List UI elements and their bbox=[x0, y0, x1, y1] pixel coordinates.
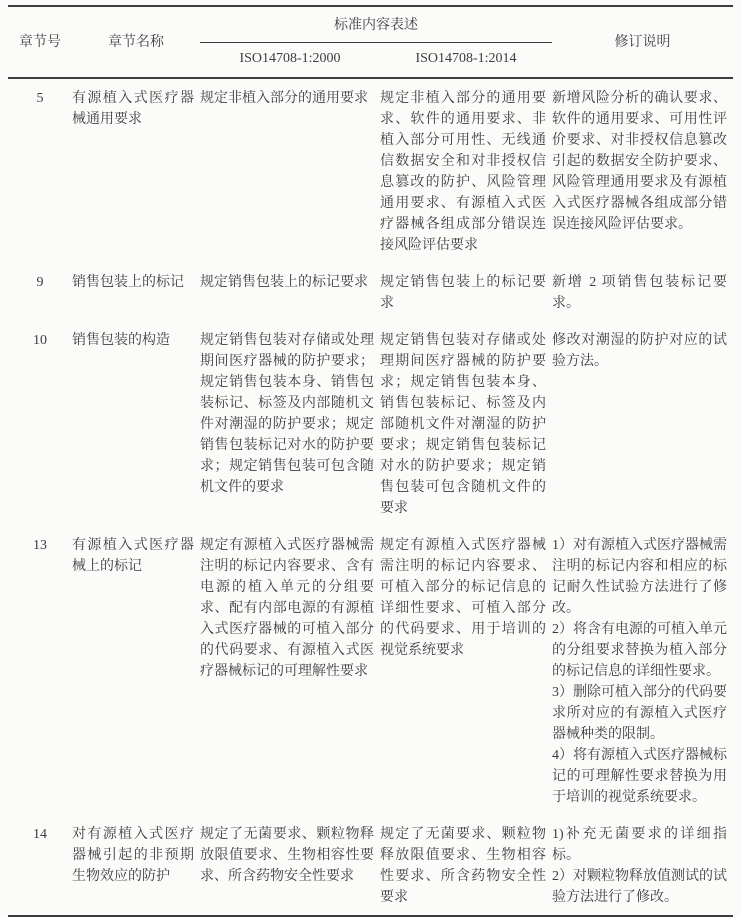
table-row: 9 销售包装上的标记 规定销售包装上的标记要求 规定销售包装上的标记要求 新增 … bbox=[8, 263, 733, 321]
cell-revision: 1)补充无菌要求的详细指标。 2）对颗粒物释放值测试的试验方法进行了修改。 bbox=[552, 815, 733, 916]
iso-standards-comparison-table: 章节号 章节名称 标准内容表述 修订说明 ISO14708-1:2000 ISO… bbox=[8, 5, 733, 917]
header-chapter-no: 章节号 bbox=[8, 6, 72, 78]
cell-iso2000: 规定非植入部分的通用要求 bbox=[200, 78, 380, 263]
cell-revision: 新增风险分析的确认要求、软件的通用要求、可用性评价要求、对非授权信息篡改引起的数… bbox=[552, 78, 733, 263]
cell-iso2014: 规定了无菌要求、颗粒物释放限值要求、生物相容性要求、所含药物安全性要求 bbox=[380, 815, 552, 916]
cell-chapter-no: 10 bbox=[8, 321, 72, 526]
table-body: 5 有源植入式医疗器械通用要求 规定非植入部分的通用要求 规定非植入部分的通用要… bbox=[8, 78, 733, 916]
table-header: 章节号 章节名称 标准内容表述 修订说明 ISO14708-1:2000 ISO… bbox=[8, 6, 733, 78]
cell-chapter-no: 9 bbox=[8, 263, 72, 321]
cell-iso2014: 规定销售包装上的标记要求 bbox=[380, 263, 552, 321]
cell-revision: 新增 2 项销售包装标记要求。 bbox=[552, 263, 733, 321]
cell-chapter-no: 13 bbox=[8, 526, 72, 815]
cell-iso2000: 规定销售包装对存储或处理期间医疗器械的防护要求；规定销售包装本身、销售包装标记、… bbox=[200, 321, 380, 526]
header-chapter-name: 章节名称 bbox=[72, 6, 200, 78]
cell-chapter-no: 14 bbox=[8, 815, 72, 916]
cell-revision: 修改对潮湿的防护对应的试验方法。 bbox=[552, 321, 733, 526]
scanned-paper-table-page: 章节号 章节名称 标准内容表述 修订说明 ISO14708-1:2000 ISO… bbox=[0, 0, 741, 840]
header-content-group: 标准内容表述 bbox=[200, 6, 552, 43]
cell-iso2014: 规定销售包装对存储或处理期间医疗器械的防护要求；规定销售包装本身、销售包装标记、… bbox=[380, 321, 552, 526]
header-iso14708-2000: ISO14708-1:2000 bbox=[200, 43, 380, 79]
table-row: 10 销售包装的构造 规定销售包装对存储或处理期间医疗器械的防护要求；规定销售包… bbox=[8, 321, 733, 526]
table-row: 13 有源植入式医疗器械上的标记 规定有源植入式医疗器械需注明的标记内容要求、含… bbox=[8, 526, 733, 815]
cell-iso2000: 规定销售包装上的标记要求 bbox=[200, 263, 380, 321]
cell-chapter-name: 对有源植入式医疗器械引起的非预期生物效应的防护 bbox=[72, 815, 200, 916]
header-revision: 修订说明 bbox=[552, 6, 733, 78]
cell-iso2000: 规定了无菌要求、颗粒物释放限值要求、生物相容性要求、所含药物安全性要求 bbox=[200, 815, 380, 916]
table-row: 5 有源植入式医疗器械通用要求 规定非植入部分的通用要求 规定非植入部分的通用要… bbox=[8, 78, 733, 263]
cell-iso2014: 规定非植入部分的通用要求、软件的通用要求、非植入部分可用性、无线通信数据安全和对… bbox=[380, 78, 552, 263]
cell-chapter-name: 销售包装的构造 bbox=[72, 321, 200, 526]
cell-chapter-name: 有源植入式医疗器械上的标记 bbox=[72, 526, 200, 815]
cell-revision: 1）对有源植入式医疗器械需注明的标记内容和相应的标记耐久性试验方法进行了修改。 … bbox=[552, 526, 733, 815]
header-iso14708-2014: ISO14708-1:2014 bbox=[380, 43, 552, 79]
cell-chapter-name: 有源植入式医疗器械通用要求 bbox=[72, 78, 200, 263]
cell-iso2000: 规定有源植入式医疗器械需注明的标记内容要求、含有电源的植入单元的分组要求、配有内… bbox=[200, 526, 380, 815]
table-row: 14 对有源植入式医疗器械引起的非预期生物效应的防护 规定了无菌要求、颗粒物释放… bbox=[8, 815, 733, 916]
cell-chapter-name: 销售包装上的标记 bbox=[72, 263, 200, 321]
cell-iso2014: 规定有源植入式医疗器械需注明的标记内容要求、可植入部分的标记信息的详细性要求、可… bbox=[380, 526, 552, 815]
cell-chapter-no: 5 bbox=[8, 78, 72, 263]
